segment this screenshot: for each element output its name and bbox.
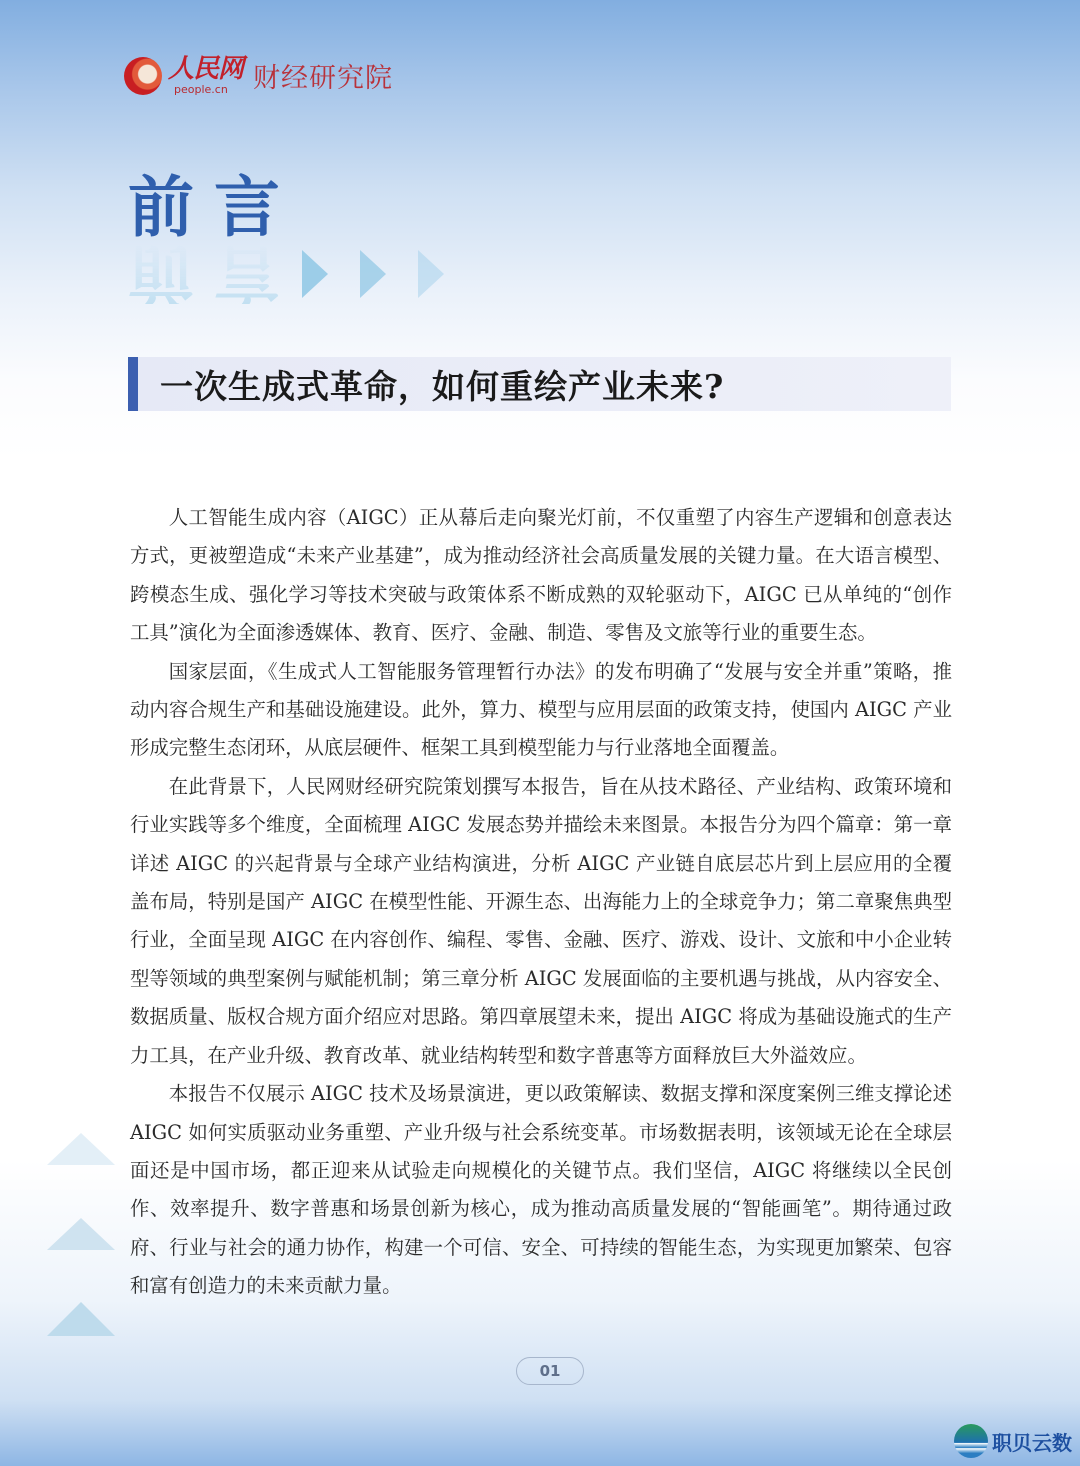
preface-heading: 前言 前言	[128, 172, 300, 304]
paragraph: 人工智能生成内容（AIGC）正从幕后走向聚光灯前，不仅重塑了内容生产逻辑和创意表…	[130, 499, 952, 653]
section-heading-bar: 一次生成式革命，如何重绘产业未来?	[128, 357, 951, 411]
triangle-decoration-icon	[47, 1218, 115, 1250]
logo-brand: 人民网 people.cn	[168, 56, 243, 95]
decorative-arrows	[302, 250, 444, 298]
preface-title: 前言	[128, 172, 300, 244]
watermark-text: 职贝云数	[992, 1427, 1072, 1456]
triangle-decoration-icon	[47, 1302, 115, 1336]
page-number: 01	[516, 1357, 584, 1385]
header-logo: 人民网 people.cn 财经研究院	[124, 56, 393, 95]
institute-name: 财经研究院	[253, 56, 393, 95]
arrow-right-icon	[418, 250, 444, 298]
logo-brand-name: 人民网	[168, 56, 243, 82]
logo-url: people.cn	[174, 84, 243, 95]
paragraph: 本报告不仅展示 AIGC 技术及场景演进，更以政策解读、数据支撑和深度案例三维支…	[130, 1075, 952, 1305]
arrow-right-icon	[302, 250, 328, 298]
people-logo-icon	[124, 57, 162, 95]
arrow-right-icon	[360, 250, 386, 298]
triangle-decoration-icon	[47, 1133, 115, 1165]
paragraph: 在此背景下，人民网财经研究院策划撰写本报告，旨在从技术路径、产业结构、政策环境和…	[130, 768, 952, 1075]
paragraph: 国家层面，《生成式人工智能服务管理暂行办法》的发布明确了“发展与安全并重”策略，…	[130, 653, 952, 768]
body-text: 人工智能生成内容（AIGC）正从幕后走向聚光灯前，不仅重塑了内容生产逻辑和创意表…	[130, 499, 952, 1306]
preface-title-reflection: 前言	[128, 244, 300, 304]
section-title: 一次生成式革命，如何重绘产业未来?	[160, 361, 724, 408]
watermark: 职贝云数	[954, 1424, 1072, 1458]
wave-logo-icon	[954, 1424, 988, 1458]
